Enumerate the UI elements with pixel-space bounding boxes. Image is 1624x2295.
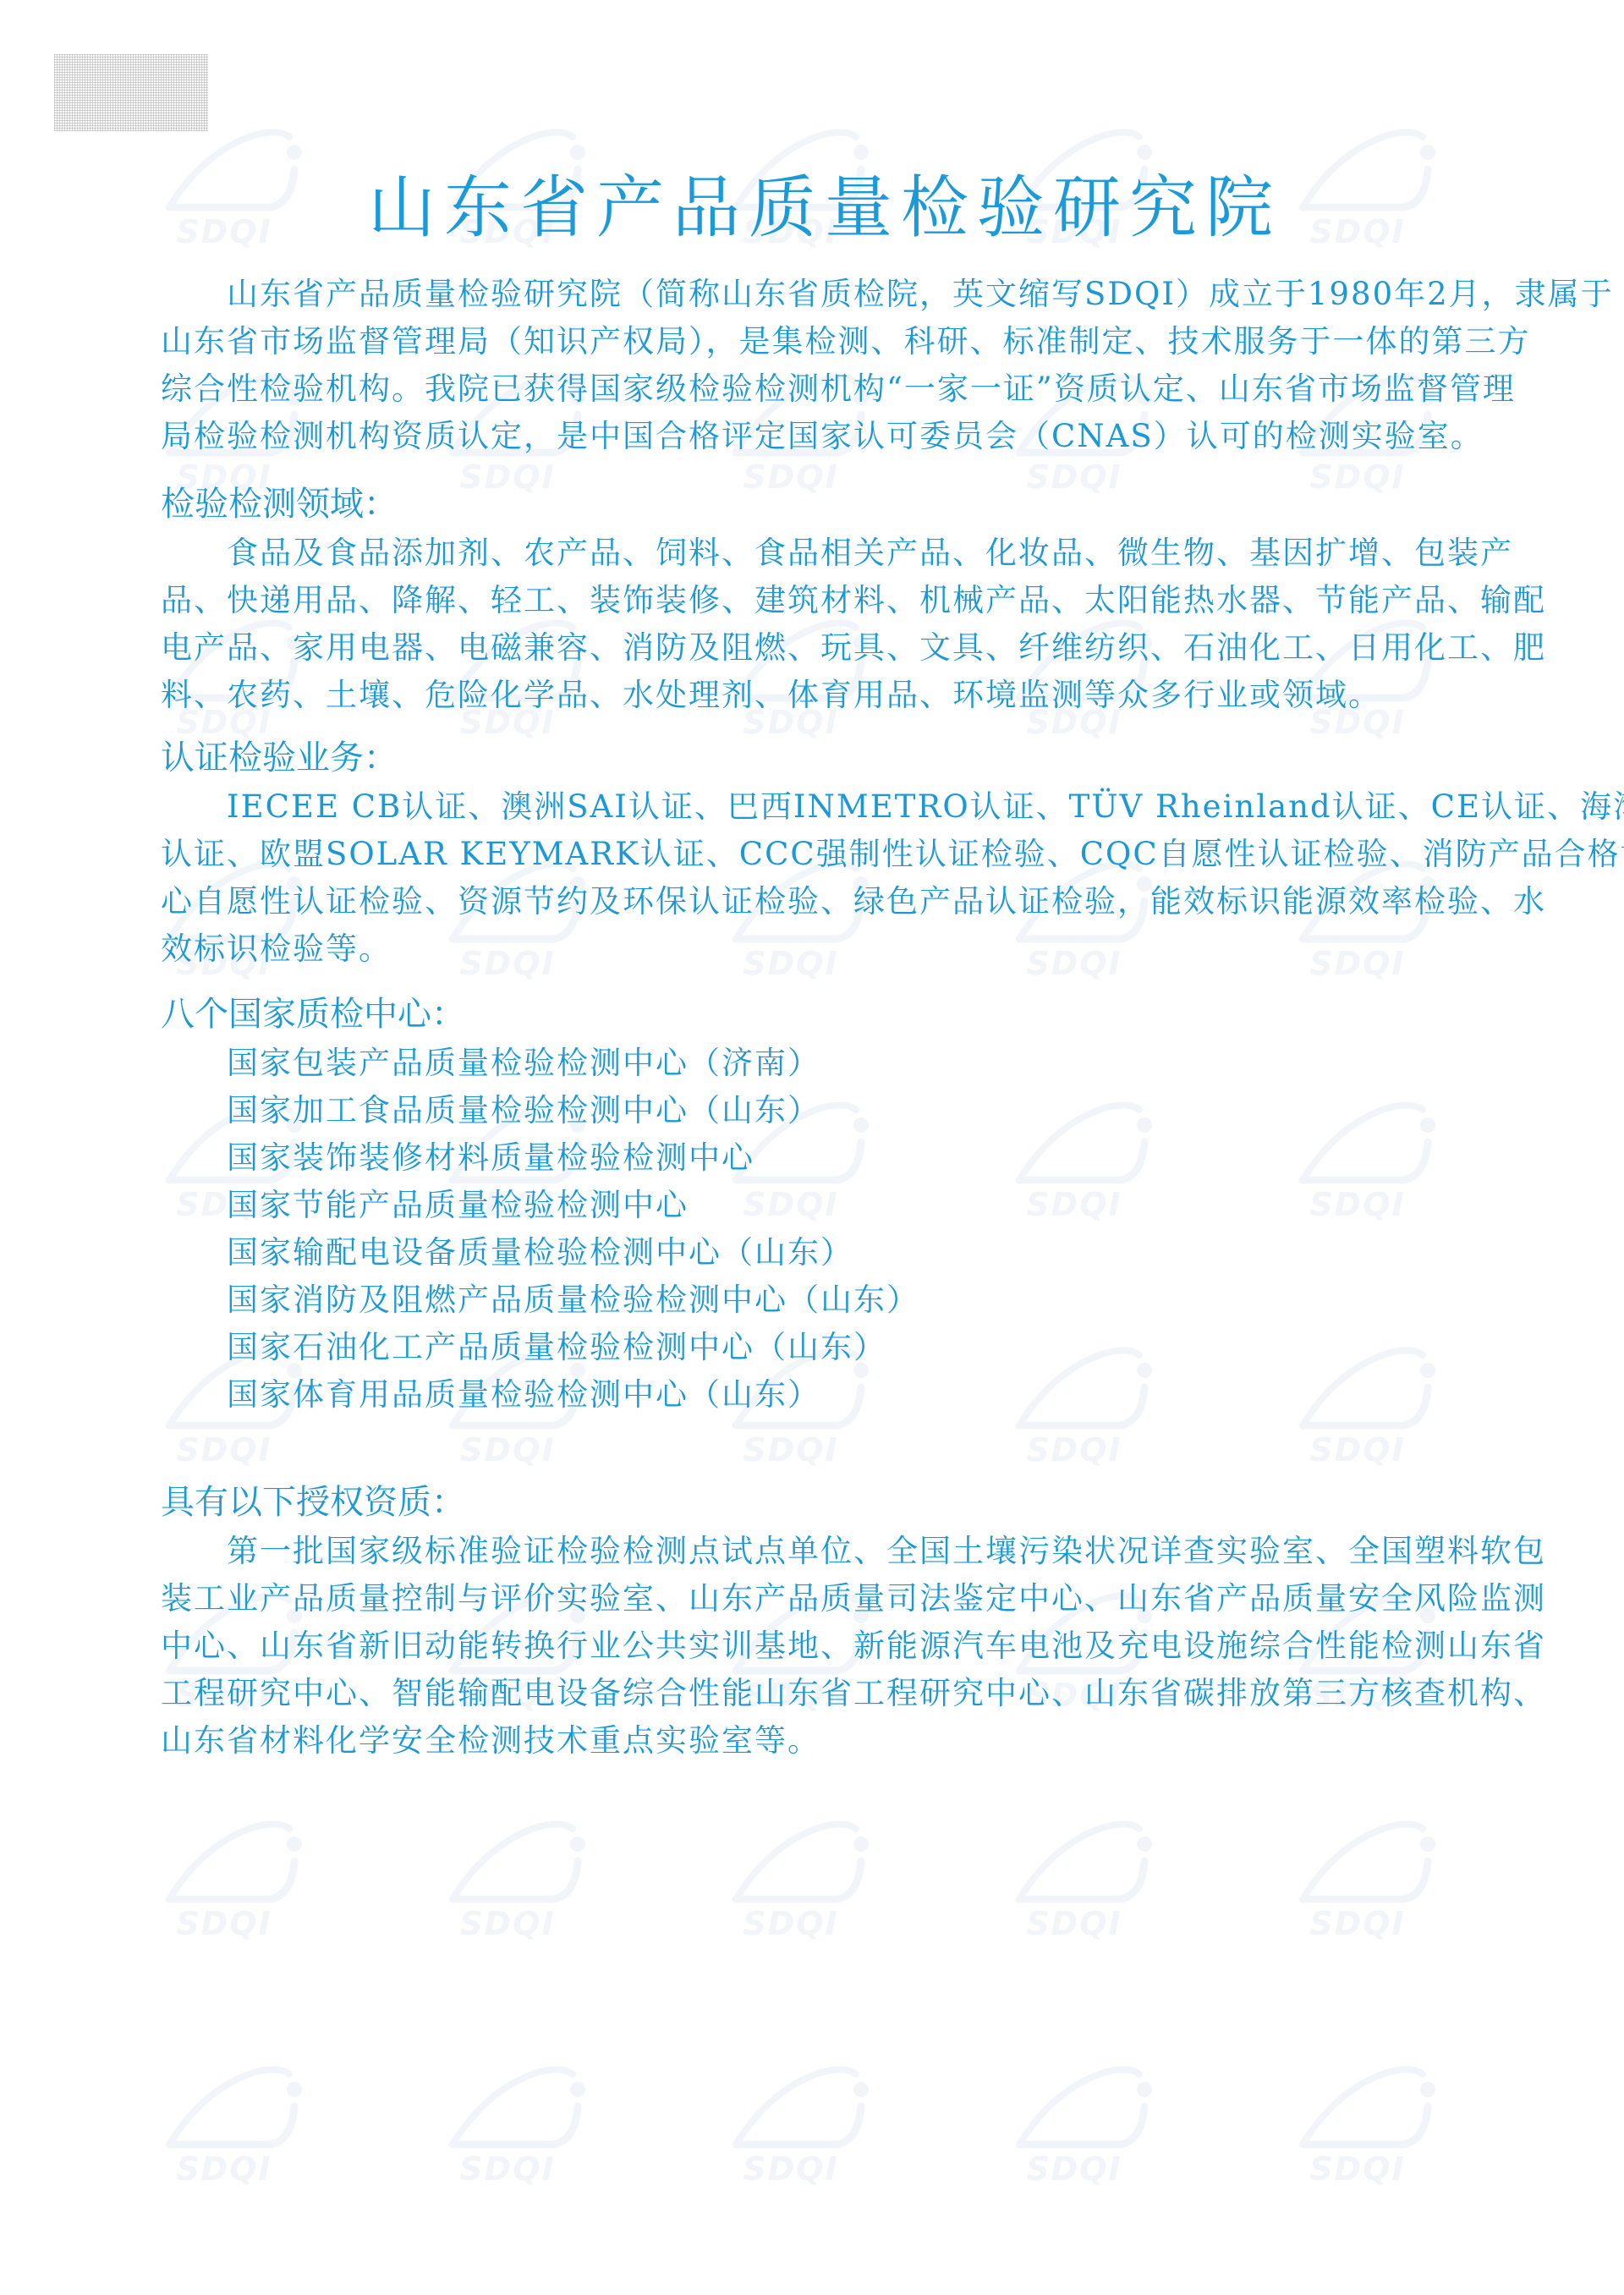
section-heading: 具有以下授权资质：	[161, 1479, 1565, 1528]
section-line: 第一批国家级标准验证检验检测点试点单位、全国土壤污染状况详查实验室、全国塑料软包	[161, 1528, 1565, 1575]
center-list-item: 国家加工食品质量检验检测中心（山东）	[161, 1087, 1565, 1134]
center-list-item: 国家装饰装修材料质量检验检测中心	[161, 1134, 1565, 1182]
intro-paragraph: 山东省产品质量检验研究院（简称山东省质检院，英文缩写SDQI）成立于1980年2…	[161, 271, 1565, 460]
grid-stamp-image	[54, 54, 208, 131]
intro-line: 综合性检验机构。我院已获得国家级检验检测机构“一家一证”资质认定、山东省市场监督…	[161, 365, 1565, 413]
center-list-item: 国家石油化工产品质量检验检测中心（山东）	[161, 1324, 1565, 1371]
page-title: 山东省产品质量检验研究院	[0, 166, 1624, 250]
section-line: 装工业产品质量控制与评价实验室、山东产品质量司法鉴定中心、山东省产品质量安全风险…	[161, 1575, 1565, 1622]
sdqi-logo-watermark-icon: SDQI	[144, 2056, 304, 2191]
section-line: 心自愿性认证检验、资源节约及环保认证检验、绿色产品认证检验，能效标识能源效率检验…	[161, 878, 1565, 925]
sdqi-logo-watermark-icon: SDQI	[994, 1810, 1155, 1946]
section-line: 认证、欧盟SOLAR KEYMARK认证、CCC强制性认证检验、CQC自愿性认证…	[161, 831, 1565, 878]
sdqi-logo-watermark-icon: SDQI	[1277, 2056, 1438, 2191]
section-line: IECEE CB认证、澳洲SAI认证、巴西INMETRO认证、TÜV Rhein…	[161, 783, 1565, 831]
section-line: 食品及食品添加剂、农产品、饲料、食品相关产品、化妆品、微生物、基因扩增、包装产	[161, 530, 1565, 577]
sdqi-logo-watermark-icon: SDQI	[710, 1810, 871, 1946]
section-line: 电产品、家用电器、电磁兼容、消防及阻燃、玩具、文具、纤维纺织、石油化工、日用化工…	[161, 624, 1565, 672]
section-heading: 八个国家质检中心：	[161, 991, 1565, 1040]
sdqi-logo-watermark-icon: SDQI	[994, 2056, 1155, 2191]
sdqi-logo-watermark-icon: SDQI	[427, 2056, 588, 2191]
section-national-centers: 八个国家质检中心： 国家包装产品质量检验检测中心（济南） 国家加工食品质量检验检…	[161, 991, 1565, 1419]
section-certification: 认证检验业务： IECEE CB认证、澳洲SAI认证、巴西INMETRO认证、T…	[161, 734, 1565, 973]
sdqi-logo-watermark-icon: SDQI	[710, 2056, 871, 2191]
intro-line: 局检验检测机构资质认定，是中国合格评定国家认可委员会（CNAS）认可的检测实验室…	[161, 413, 1565, 460]
sdqi-logo-watermark-icon: SDQI	[427, 1810, 588, 1946]
section-line: 料、农药、土壤、危险化学品、水处理剂、体育用品、环境监测等众多行业或领域。	[161, 672, 1565, 719]
section-line: 中心、山东省新旧动能转换行业公共实训基地、新能源汽车电池及充电设施综合性能检测山…	[161, 1622, 1565, 1670]
sdqi-logo-watermark-icon: SDQI	[1277, 1810, 1438, 1946]
center-list-item: 国家体育用品质量检验检测中心（山东）	[161, 1371, 1565, 1419]
center-list-item: 国家输配电设备质量检验检测中心（山东）	[161, 1229, 1565, 1277]
sdqi-logo-watermark-icon: SDQI	[144, 1810, 304, 1946]
section-heading: 检验检测领域：	[161, 480, 1565, 530]
intro-line: 山东省产品质量检验研究院（简称山东省质检院，英文缩写SDQI）成立于1980年2…	[161, 271, 1565, 318]
section-line: 品、快递用品、降解、轻工、装饰装修、建筑材料、机械产品、太阳能热水器、节能产品、…	[161, 577, 1565, 624]
section-line: 效标识检验等。	[161, 925, 1565, 973]
center-list-item: 国家消防及阻燃产品质量检验检测中心（山东）	[161, 1277, 1565, 1324]
section-testing-fields: 检验检测领域： 食品及食品添加剂、农产品、饲料、食品相关产品、化妆品、微生物、基…	[161, 480, 1565, 719]
section-authorized-qualifications: 具有以下授权资质： 第一批国家级标准验证检验检测点试点单位、全国土壤污染状况详查…	[161, 1479, 1565, 1765]
section-line: 山东省材料化学安全检测技术重点实验室等。	[161, 1717, 1565, 1765]
center-list-item: 国家包装产品质量检验检测中心（济南）	[161, 1040, 1565, 1087]
section-line: 工程研究中心、智能输配电设备综合性能山东省工程研究中心、山东省碳排放第三方核查机…	[161, 1670, 1565, 1717]
center-list-item: 国家节能产品质量检验检测中心	[161, 1182, 1565, 1229]
section-heading: 认证检验业务：	[161, 734, 1565, 783]
intro-line: 山东省市场监督管理局（知识产权局），是集检测、科研、标准制定、技术服务于一体的第…	[161, 318, 1565, 365]
